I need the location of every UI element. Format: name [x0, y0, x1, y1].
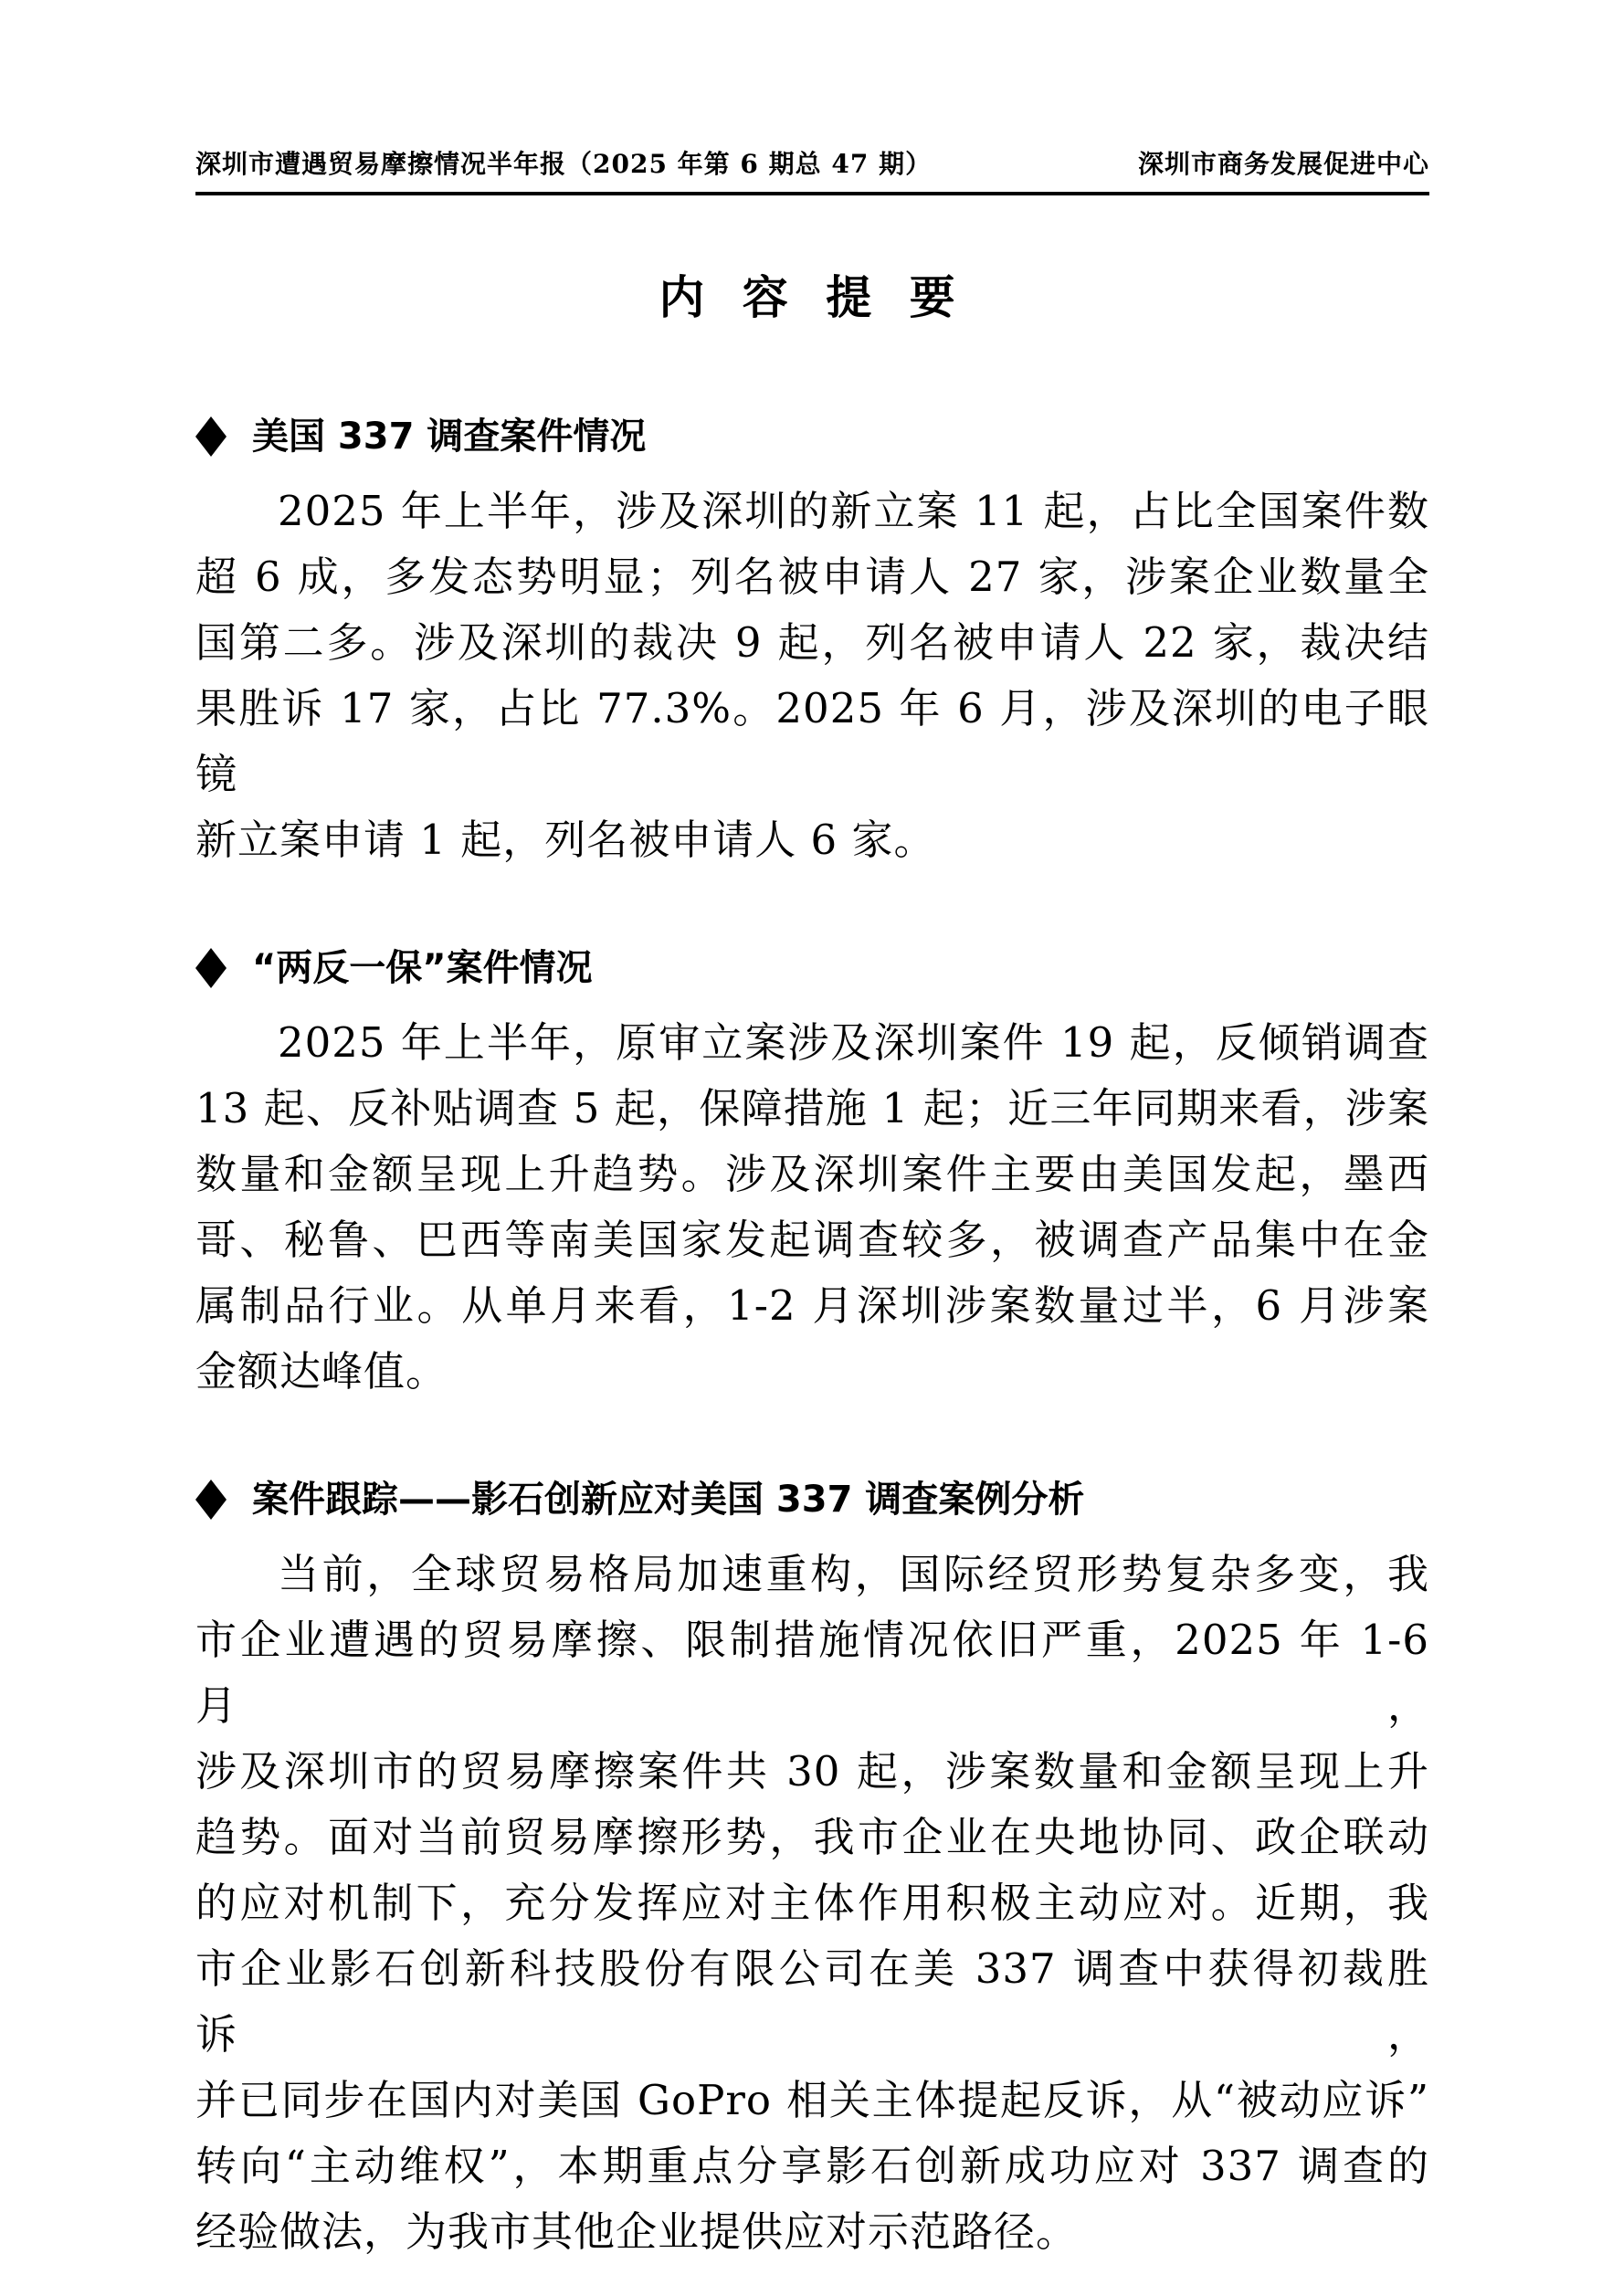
- section-us-337: 美国 337 调查案件情况 2025 年上半年，涉及深圳的新立案 11 起，占比…: [195, 415, 1429, 873]
- section-paragraph: 当前，全球贸易格局加速重构，国际经贸形势复杂多变，我 市企业遭遇的贸易摩擦、限制…: [195, 1542, 1429, 2265]
- paragraph-line: 经验做法，为我市其他企业提供应对示范路径。: [195, 2199, 1429, 2265]
- paragraph-line: 的应对机制下，充分发挥应对主体作用积极主动应对。近期，我: [195, 1870, 1429, 1936]
- paragraph-line: 趋势。面对当前贸易摩擦形势，我市企业在央地协同、政企联动: [195, 1805, 1429, 1870]
- paragraph-line: 2025 年上半年，涉及深圳的新立案 11 起，占比全国案件数: [195, 479, 1429, 544]
- paragraph-line: 当前，全球贸易格局加速重构，国际经贸形势复杂多变，我: [195, 1542, 1429, 1607]
- paragraph-line: 国第二多。涉及深圳的裁决 9 起，列名被申请人 22 家，裁决结: [195, 610, 1429, 676]
- paragraph-line: 市企业遭遇的贸易摩擦、限制措施情况依旧严重，2025 年 1-6 月，: [195, 1607, 1429, 1739]
- diamond-bullet-icon: [195, 948, 227, 988]
- paragraph-line: 涉及深圳市的贸易摩擦案件共 30 起，涉案数量和金额呈现上升: [195, 1739, 1429, 1805]
- paragraph-line: 数量和金额呈现上升趋势。涉及深圳案件主要由美国发起，墨西: [195, 1142, 1429, 1207]
- section-paragraph: 2025 年上半年，涉及深圳的新立案 11 起，占比全国案件数 超 6 成，多发…: [195, 479, 1429, 873]
- section-heading-us-337: 美国 337 调查案件情况: [195, 415, 1429, 458]
- page-header: 深圳市遭遇贸易摩擦情况半年报（2025 年第 6 期总 47 期） 深圳市商务发…: [195, 144, 1429, 195]
- paragraph-line: 并已同步在国内对美国 GoPro 相关主体提起反诉，从“被动应诉”: [195, 2068, 1429, 2133]
- paragraph-line: 13 起、反补贴调查 5 起，保障措施 1 起；近三年同期来看，涉案: [195, 1076, 1429, 1142]
- diamond-bullet-icon: [195, 416, 227, 457]
- header-left-title: 深圳市遭遇贸易摩擦情况半年报（2025 年第 6 期总 47 期）: [195, 144, 932, 181]
- paragraph-line: 哥、秘鲁、巴西等南美国家发起调查较多，被调查产品集中在金: [195, 1207, 1429, 1273]
- section-case-tracking: 案件跟踪——影石创新应对美国 337 调查案例分析 当前，全球贸易格局加速重构，…: [195, 1478, 1429, 2265]
- paragraph-line: 果胜诉 17 家，占比 77.3%。2025 年 6 月，涉及深圳的电子眼镜: [195, 676, 1429, 807]
- section-heading-text: “两反一保”案件情况: [252, 946, 593, 990]
- section-heading-text: 美国 337 调查案件情况: [252, 415, 646, 458]
- section-heading-trade-remedy: “两反一保”案件情况: [195, 946, 1429, 990]
- paragraph-line: 市企业影石创新科技股份有限公司在美 337 调查中获得初裁胜诉，: [195, 1936, 1429, 2068]
- paragraph-line: 超 6 成，多发态势明显；列名被申请人 27 家，涉案企业数量全: [195, 544, 1429, 610]
- section-heading-case-tracking: 案件跟踪——影石创新应对美国 337 调查案例分析: [195, 1478, 1429, 1522]
- report-page: 深圳市遭遇贸易摩擦情况半年报（2025 年第 6 期总 47 期） 深圳市商务发…: [0, 0, 1623, 2296]
- section-heading-text: 案件跟踪——影石创新应对美国 337 调查案例分析: [252, 1478, 1084, 1522]
- section-trade-remedy: “两反一保”案件情况 2025 年上半年，原审立案涉及深圳案件 19 起，反倾销…: [195, 946, 1429, 1405]
- header-right-org: 深圳市商务发展促进中心: [1138, 144, 1429, 181]
- paragraph-line: 转向“主动维权”，本期重点分享影石创新成功应对 337 调查的: [195, 2133, 1429, 2199]
- paragraph-line: 2025 年上半年，原审立案涉及深圳案件 19 起，反倾销调查: [195, 1010, 1429, 1076]
- paragraph-line: 新立案申请 1 起，列名被申请人 6 家。: [195, 807, 1429, 873]
- diamond-bullet-icon: [195, 1480, 227, 1520]
- paragraph-line: 金额达峰值。: [195, 1339, 1429, 1405]
- page-title: 内 容 提 要: [195, 270, 1429, 325]
- paragraph-line: 属制品行业。从单月来看，1-2 月深圳涉案数量过半，6 月涉案: [195, 1273, 1429, 1339]
- section-paragraph: 2025 年上半年，原审立案涉及深圳案件 19 起，反倾销调查 13 起、反补贴…: [195, 1010, 1429, 1405]
